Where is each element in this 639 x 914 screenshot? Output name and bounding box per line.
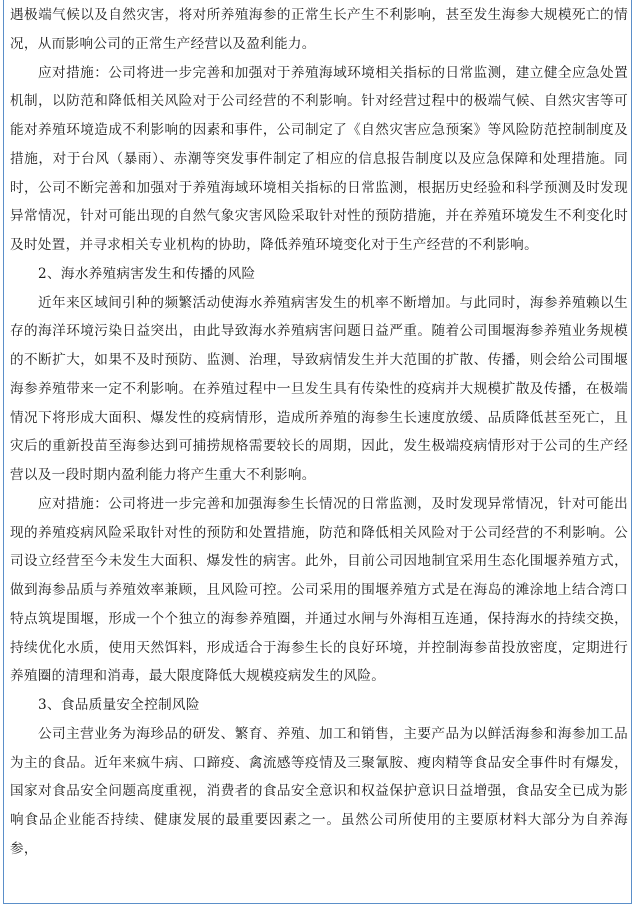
paragraph-countermeasures-disease: 应对措施：公司将进一步完善和加强海参生长情况的日常监测，及时发现异常情况，针对可… xyxy=(10,490,628,691)
document-body: 遇极端气候以及自然灾害，将对所养殖海参的正常生长产生不利影响，甚至发生海参大规模… xyxy=(10,1,628,864)
paragraph-disease-risk: 近年来区域间引种的频繁活动使海水养殖病害发生的机率不断增加。与此同时，海参养殖赖… xyxy=(10,289,628,490)
paragraph-food-safety: 公司主营业务为海珍品的研发、繁育、养殖、加工和销售，主要产品为以鲜活海参和海参加… xyxy=(10,720,628,864)
section-heading-food-safety: 3、食品质量安全控制风险 xyxy=(10,691,628,720)
paragraph-continuation: 遇极端气候以及自然灾害，将对所养殖海参的正常生长产生不利影响，甚至发生海参大规模… xyxy=(10,1,628,59)
section-heading-disease-risk: 2、海水养殖病害发生和传播的风险 xyxy=(10,260,628,289)
paragraph-countermeasures-climate: 应对措施：公司将进一步完善和加强对于养殖海域环境相关指标的日常监测，建立健全应急… xyxy=(10,59,628,260)
